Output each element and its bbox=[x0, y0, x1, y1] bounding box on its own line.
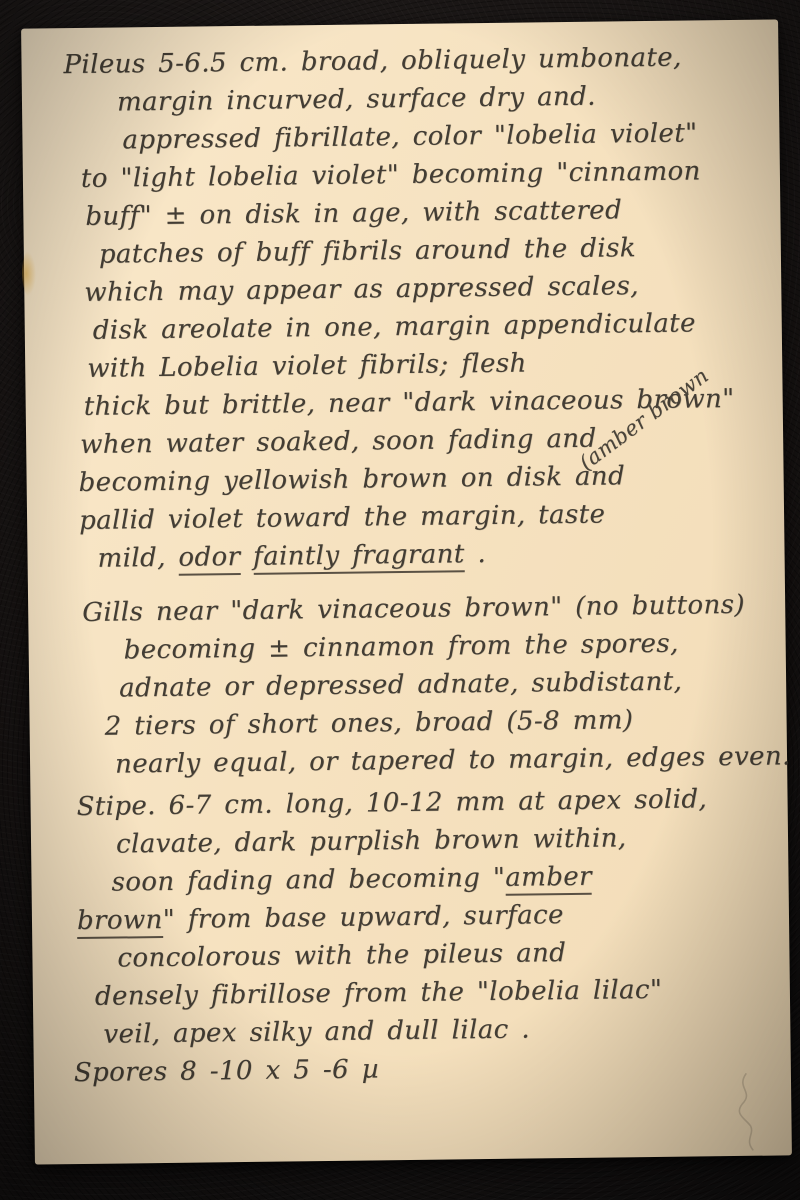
text-segment bbox=[240, 542, 253, 572]
text-line: mild, odor faintly fragrant . bbox=[97, 531, 778, 577]
text-segment: appressed fibrillate, color "lobelia vio… bbox=[122, 118, 697, 155]
text-segment: disk areolate in one, margin appendicula… bbox=[93, 308, 696, 345]
underlined-text: amber bbox=[505, 862, 592, 896]
text-segment: margin incurved, surface dry and. bbox=[117, 82, 596, 118]
text-segment: pallid violet toward the margin, taste bbox=[79, 500, 606, 536]
note-card: Pileus 5-6.5 cm. broad, obliquely umbona… bbox=[21, 19, 792, 1164]
text-segment: concolorous with the pileus and bbox=[117, 938, 566, 973]
text-segment: patches of buff fibrils around the disk bbox=[99, 233, 636, 270]
text-segment: 2 tiers of short ones, broad (5-8 mm) bbox=[104, 705, 633, 741]
text-segment: becoming yellowish brown on disk and bbox=[78, 461, 625, 498]
paragraph-stipe: Stipe. 6-7 cm. long, 10-12 mm at apex so… bbox=[70, 779, 784, 1054]
text-segment: when water soaked, soon fading and bbox=[80, 424, 597, 460]
text-segment: Gills near "dark vinaceous brown" (no bu… bbox=[82, 590, 745, 628]
text-segment: nearly equal, or tapered to margin, edge… bbox=[115, 741, 791, 779]
text-segment: densely fibrillose from the "lobelia lil… bbox=[95, 975, 663, 1012]
text-segment: veil, apex silky and dull lilac . bbox=[103, 1015, 530, 1050]
text-segment: becoming ± cinnamon from the spores, bbox=[124, 629, 679, 666]
text-segment: which may appear as appressed scales, bbox=[84, 271, 639, 308]
underlined-text: brown bbox=[77, 905, 163, 939]
paragraph-gills: Gills near "dark vinaceous brown" (no bu… bbox=[68, 585, 781, 784]
underlined-text: odor bbox=[178, 542, 240, 576]
text-segment: Stipe. 6-7 cm. long, 10-12 mm at apex so… bbox=[76, 784, 707, 822]
text-line: nearly equal, or tapered to margin, edge… bbox=[115, 737, 781, 783]
text-line: Spores 8 -10 x 5 -6 µ bbox=[74, 1045, 785, 1092]
text-segment: clavate, dark purplish brown within, bbox=[116, 823, 627, 859]
underlined-text: faintly fragrant bbox=[253, 539, 465, 575]
text-segment: Spores 8 -10 x 5 -6 µ bbox=[74, 1054, 379, 1088]
text-segment: mild, bbox=[97, 543, 178, 574]
paragraph-spores: Spores 8 -10 x 5 -6 µ bbox=[74, 1045, 785, 1092]
text-segment: adnate or depressed adnate, subdistant, bbox=[119, 667, 682, 704]
pencil-mark bbox=[694, 1069, 785, 1160]
text-segment: . bbox=[465, 539, 487, 569]
text-segment: soon fading and becoming " bbox=[111, 863, 505, 898]
text-line: adnate or depressed adnate, subdistant, bbox=[119, 661, 780, 707]
text-segment: with Lobelia violet fibrils; flesh bbox=[87, 349, 527, 384]
text-segment: buff" ± on disk in age, with scattered bbox=[85, 195, 622, 232]
text-segment: to "light lobelia violet" becoming "cinn… bbox=[81, 156, 701, 194]
text-segment: " from base upward, surface bbox=[163, 900, 564, 935]
handwritten-text: Pileus 5-6.5 cm. broad, obliquely umbona… bbox=[21, 19, 791, 1092]
text-segment: Pileus 5-6.5 cm. broad, obliquely umbona… bbox=[63, 43, 681, 81]
paragraph-pileus: Pileus 5-6.5 cm. broad, obliquely umbona… bbox=[61, 37, 778, 578]
